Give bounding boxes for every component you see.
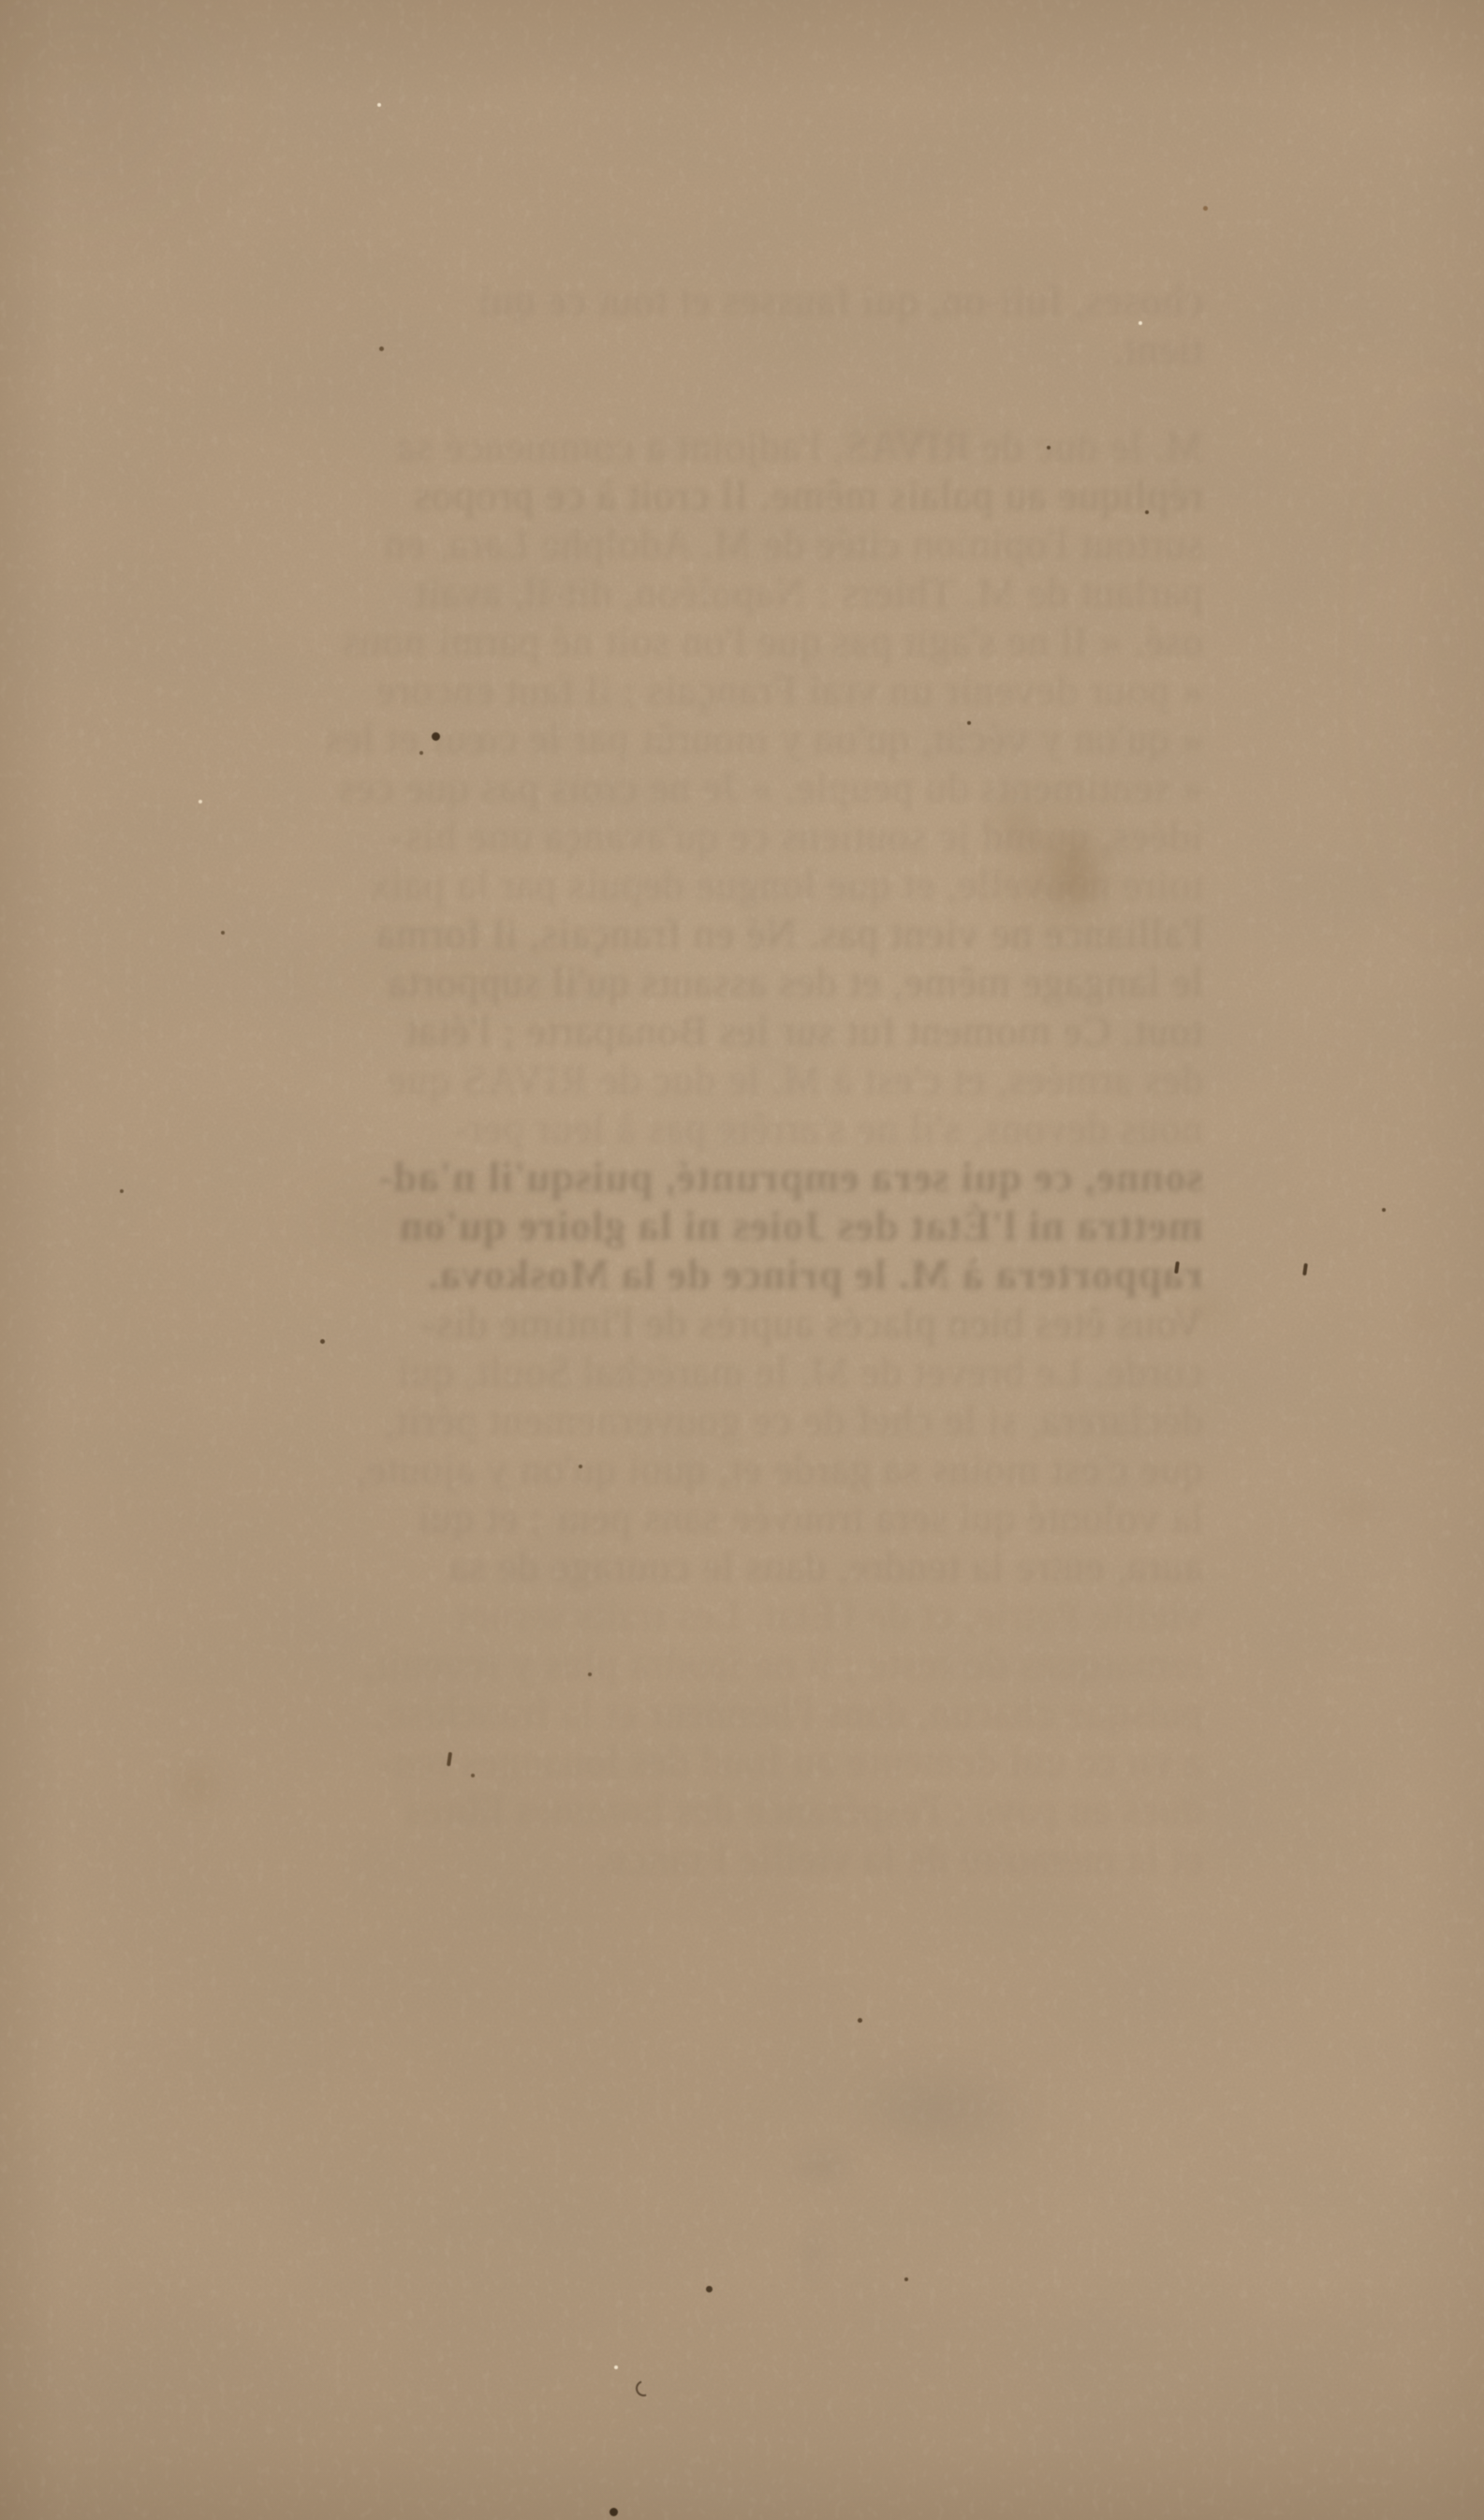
light-fleck [614, 2365, 618, 2369]
ghost-text-line: « sentiments du peuple. » Je ne crois pa… [201, 763, 1203, 812]
ghost-text-line: vieille Patrie, et de l'État. Les traits… [201, 1591, 1203, 1640]
dark-speck [1203, 206, 1208, 211]
brown-stain-core [1035, 810, 1119, 941]
ghost-text-line: dues au pays : l'espérance des hommes li… [201, 1786, 1203, 1835]
ghost-text-line: sonne, ce qui sera emprunté, puisqu'il n… [201, 1153, 1203, 1201]
dark-speck [1382, 1208, 1386, 1212]
dark-speck [1047, 446, 1051, 449]
ghost-text-line: idées, quand je soutiens ce qu'avança un… [201, 812, 1203, 861]
dark-speck [320, 1339, 325, 1344]
dark-speck [633, 2378, 654, 2399]
dark-speck [1302, 1263, 1308, 1276]
ghost-text-line: choses, fuit-on, qui fausses et tout ce … [201, 276, 1203, 325]
brown-smudge-right [1175, 1290, 1241, 1333]
dark-speck [120, 1189, 124, 1193]
stains-layer [0, 0, 1484, 2520]
dark-speck [221, 931, 225, 935]
ghost-text-line: et la mémoire de la vieille France. [201, 1835, 1203, 1883]
ghost-text-line: que c'est moins sa garde et, quoi qu'on … [201, 1445, 1203, 1494]
dark-speck [471, 1774, 475, 1777]
ghost-text-line: puisque chacun, dans l'honneur et la fra… [201, 1688, 1203, 1737]
ghost-text-line: toire nouvelle, et que longue depuis par… [201, 861, 1203, 909]
dark-speck [446, 1751, 451, 1766]
gray-streak-bottom [793, 2211, 832, 2300]
dark-speck [379, 346, 384, 351]
showthrough-text-block: choses, fuit-on, qui fausses et tout ce … [201, 276, 1203, 1883]
dark-speck [432, 732, 440, 741]
light-fleck [198, 800, 202, 803]
ink-band-dark-backer [206, 1152, 674, 1292]
ghost-text-line: mettra ni l'État des Joies ni la gloire … [201, 1201, 1203, 1250]
ghost-text-line: le langage même, et des assauts qu'il su… [201, 958, 1203, 1007]
dark-speck [1145, 510, 1149, 514]
ghost-text-line: « qu'on y vécût, qu'on y mourût par le c… [201, 715, 1203, 763]
phrase-smudge [815, 407, 1011, 459]
corner-shade-top-left [0, 0, 286, 281]
dark-speck [858, 2018, 862, 2023]
light-fleck [377, 103, 381, 107]
ghost-text-line: M. le duc de RIVAS, l'adjoint a commencé… [201, 422, 1203, 471]
ghost-text-line: « pour devenir un vrai Français ; il fau… [201, 666, 1203, 715]
vignette-overlay [0, 0, 1484, 2520]
dark-speck [706, 2286, 713, 2292]
ghost-text-line: réplique au palais même. Il croit à ce p… [201, 471, 1203, 520]
ghost-text-line: corde. Le brevet de M. le maréchal Soult… [201, 1348, 1203, 1396]
paper-grain-texture [0, 0, 1484, 2520]
brown-smudge-right-3 [1320, 1490, 1386, 1529]
dark-speck [610, 2508, 618, 2516]
ghost-text-line: tient. [201, 325, 1203, 374]
ghost-text-line: osé. « Il ne s'agit pas que l'on soit né… [201, 617, 1203, 666]
ghost-text-line: surtout l'opinion citée de M. Adolphe La… [201, 520, 1203, 568]
brown-stain-halo [964, 759, 1152, 974]
ghost-text-line: aura, entre la tendre, dans le courage d… [201, 1542, 1203, 1591]
ink-band-medium-backer [206, 913, 730, 1035]
ghost-text-line [201, 374, 1203, 422]
dark-speck [1174, 1261, 1180, 1275]
ornament-ghost-2 [778, 2140, 867, 2191]
dark-speck [904, 2277, 908, 2281]
ghost-text-line: déclarera, si le chef de ce gouvernement… [201, 1396, 1203, 1445]
ghost-text-line: a vu ce qui demeure au fond des louanges… [201, 1737, 1203, 1786]
brown-smudge-right-2 [1395, 1300, 1451, 1337]
specks-layer [0, 0, 1484, 2520]
right-edge-warm [1367, 234, 1484, 1077]
ghost-text-line: nous devons, s'il ne s'arrête pas à leur… [201, 1104, 1203, 1153]
dark-speck [967, 721, 971, 725]
ghost-text-line: la volonté qui sera trouvée sans peur ; … [201, 1494, 1203, 1542]
ghost-text-line: remarqués du reste ; il ne faudra plus y… [201, 1640, 1203, 1688]
dark-speck [419, 751, 423, 755]
ghost-text-line: l'alliance ne vient pas. Né en français,… [201, 909, 1203, 958]
book-page-scan: Scanned blank verso page of an aged book… [0, 0, 1484, 2520]
left-stain-small [159, 1749, 234, 1820]
ghost-text-line: rapportera à M. le prince de la Moskova. [201, 1250, 1203, 1299]
ghost-text-line: parlant de M. Thiers : Napoléon, dit-il,… [201, 568, 1203, 617]
dark-speck [579, 1465, 582, 1468]
ornament-ghost [810, 2039, 1072, 2179]
light-fleck [1139, 321, 1142, 325]
ghost-text-line: Vous êtes bien placés auprès de l'intime… [201, 1299, 1203, 1348]
brown-stain-tail [988, 791, 1044, 857]
ghost-text-line: des armées, et c'est à M. le duc de RIVA… [201, 1055, 1203, 1104]
dark-speck [588, 1673, 592, 1676]
ghost-text-line: tout. Ce moment fut sur les Bonaparte ; … [201, 1007, 1203, 1055]
